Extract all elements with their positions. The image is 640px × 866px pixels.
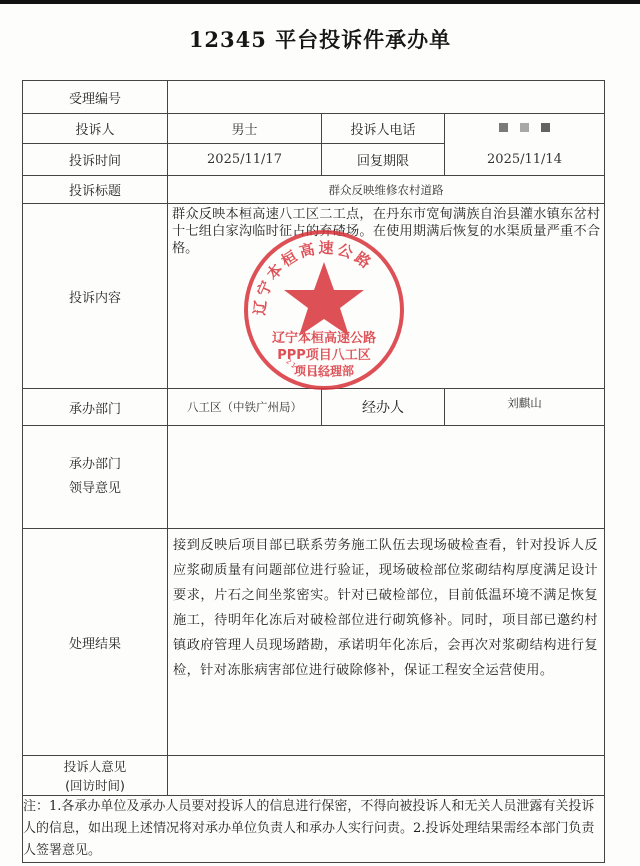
handler-label: 经办人 [322, 389, 445, 426]
handling-result-cell: 接到反映后项目部已联系劳务施工队伍去现场破检查看，针对投诉人反应浆砌质量有问题部… [168, 529, 605, 756]
complainant-feedback-label-line1: 投诉人意见 [23, 757, 167, 776]
complaint-time-value: 2025/11/17 [168, 144, 322, 176]
complainant-phone-label: 投诉人电话 [322, 114, 445, 144]
complaint-time-label: 投诉时间 [23, 144, 168, 176]
complaint-content-text: 群众反映本桓高速八工区二工点，在丹东市宽甸满族自治县灌水镇东岔村十七组白家沟临时… [168, 204, 604, 257]
seal-serial-number: 2101150421 [284, 357, 344, 379]
complaint-content-cell: 群众反映本桓高速八工区二工点，在丹东市宽甸满族自治县灌水镇东岔村十七组白家沟临时… [168, 204, 605, 389]
row-case-number: 受理编号 [23, 81, 605, 114]
svg-text:2101150421: 2101150421 [284, 357, 344, 379]
row-complaint-time: 投诉时间 2025/11/17 回复期限 2025/11/14 [23, 144, 605, 176]
seal-line-2: PPP项目八工区 [277, 347, 371, 363]
handling-result-label: 处理结果 [23, 529, 168, 756]
document-title: 12345 平台投诉件承办单 [0, 24, 640, 54]
handling-department-value: 八工区（中铁广州局） [168, 389, 322, 426]
case-number-value [168, 81, 605, 114]
handling-result-text: 接到反映后项目部已联系劳务施工队伍去现场破检查看，针对投诉人反应浆砌质量有问题部… [168, 533, 604, 683]
leader-opinion-value [168, 426, 605, 529]
complainant-feedback-label-line2: (回访时间) [23, 776, 167, 795]
seal-line-3: 项目经理部 [294, 363, 354, 378]
complainant-label: 投诉人 [23, 114, 168, 144]
row-note: 注：1.各承办单位及承办人员要对投诉人的信息进行保密，不得向被投诉人和无关人员泄… [23, 796, 605, 863]
complaint-subject-label: 投诉标题 [23, 176, 168, 204]
handler-value: 刘麒山 [445, 389, 605, 426]
leader-opinion-label-line2: 领导意见 [23, 477, 167, 501]
leader-opinion-label: 承办部门 领导意见 [23, 426, 168, 529]
reply-deadline-value: 2025/11/14 [445, 144, 605, 176]
handling-department-label: 承办部门 [23, 389, 168, 426]
top-edge-bar [0, 0, 640, 4]
complainant-value: 男士 [168, 114, 322, 144]
complaint-content-label: 投诉内容 [23, 204, 168, 389]
row-complaint-subject: 投诉标题 群众反映维修农村道路 [23, 176, 605, 204]
row-leader-opinion: 承办部门 领导意见 [23, 426, 605, 529]
reply-deadline-label: 回复期限 [322, 144, 445, 176]
row-handling-department: 承办部门 八工区（中铁广州局） 经办人 刘麒山 [23, 389, 605, 426]
row-complainant: 投诉人 男士 投诉人电话 [23, 114, 605, 144]
seal-line-1: 辽宁本桓高速公路 [272, 330, 376, 346]
complaint-subject-value: 群众反映维修农村道路 [168, 176, 605, 204]
row-complainant-feedback: 投诉人意见 (回访时间) [23, 756, 605, 796]
complainant-phone-value [445, 114, 605, 144]
row-handling-result: 处理结果 接到反映后项目部已联系劳务施工队伍去现场破检查看，针对投诉人反应浆砌质… [23, 529, 605, 756]
leader-opinion-label-line1: 承办部门 [23, 453, 167, 477]
complaint-form-table: 受理编号 投诉人 男士 投诉人电话 投诉时间 2025/11/17 回复期限 2… [22, 80, 605, 863]
complainant-feedback-label: 投诉人意见 (回访时间) [23, 756, 168, 796]
case-number-label: 受理编号 [23, 81, 168, 114]
form-footnote: 注：1.各承办单位及承办人员要对投诉人的信息进行保密，不得向被投诉人和无关人员泄… [23, 796, 605, 863]
row-complaint-content: 投诉内容 群众反映本桓高速八工区二工点，在丹东市宽甸满族自治县灌水镇东岔村十七组… [23, 204, 605, 389]
phone-redaction-blur [499, 123, 550, 132]
complainant-feedback-value [168, 756, 605, 796]
